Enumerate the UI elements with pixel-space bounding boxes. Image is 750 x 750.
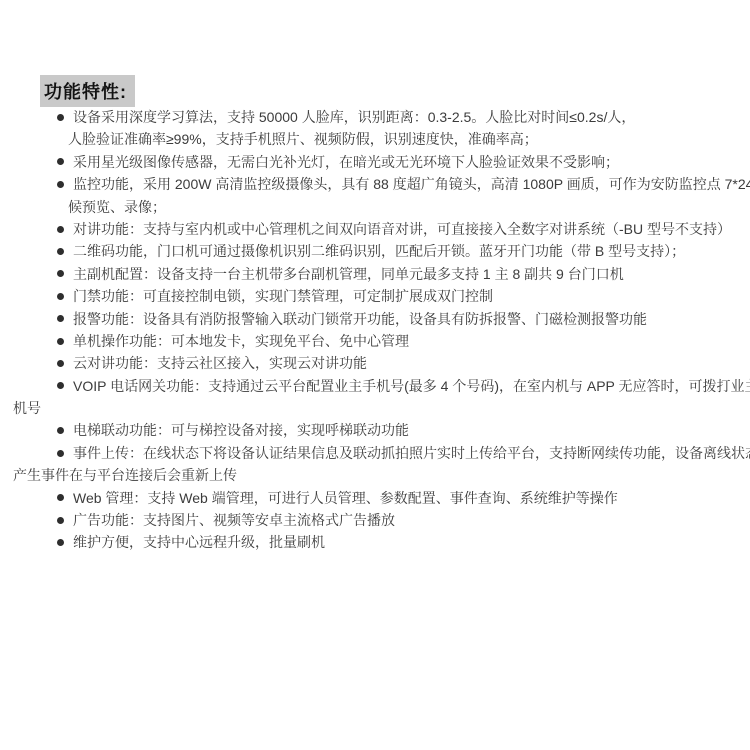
feature-text: 机号: [0, 397, 41, 419]
feature-line: 门禁功能：可直接控制电锁，实现门禁管理，可定制扩展成双门控制: [0, 285, 750, 307]
feature-line: Web 管理：支持 Web 端管理，可进行人员管理、参数配置、事件查询、系统维护…: [0, 487, 750, 509]
bullet-icon: [57, 517, 64, 524]
bullet-icon: [57, 293, 64, 300]
feature-line: 人脸验证准确率≥99%，支持手机照片、视频防假，识别速度快，准确率高；: [0, 128, 750, 150]
document-page: 功能特性: 设备采用深度学习算法，支持 50000 人脸库，识别距离：0.3-2…: [0, 0, 750, 750]
feature-line: 维护方便，支持中心远程升级，批量刷机: [0, 531, 750, 553]
feature-line: VOIP 电话网关功能：支持通过云平台配置业主手机号(最多 4 个号码)，在室内…: [0, 375, 750, 397]
feature-line: 云对讲功能：支持云社区接入，实现云对讲功能: [0, 352, 750, 374]
feature-list: 设备采用深度学习算法，支持 50000 人脸库，识别距离：0.3-2.5。人脸比…: [0, 106, 750, 554]
feature-text: VOIP 电话网关功能：支持通过云平台配置业主手机号(最多 4 个号码)，在室内…: [0, 375, 750, 397]
feature-line: 电梯联动功能：可与梯控设备对接，实现呼梯联动功能: [0, 419, 750, 441]
feature-line: 报警功能：设备具有消防报警输入联动门锁常开功能，设备具有防拆报警、门磁检测报警功…: [0, 308, 750, 330]
section-title: 功能特性:: [40, 75, 135, 107]
feature-line: 机号: [0, 397, 750, 419]
feature-text: 对讲功能：支持与室内机或中心管理机之间双向语音对讲，可直接接入全数字对讲系统（-…: [0, 218, 731, 240]
feature-text: 报警功能：设备具有消防报警输入联动门锁常开功能，设备具有防拆报警、门磁检测报警功…: [0, 308, 647, 330]
feature-line: 采用星光级图像传感器，无需白光补光灯，在暗光或无光环境下人脸验证效果不受影响；: [0, 151, 750, 173]
feature-text: 二维码功能，门口机可通过摄像机识别二维码识别，匹配后开锁。蓝牙开门功能（带 B …: [0, 240, 685, 262]
feature-text: 门禁功能：可直接控制电锁，实现门禁管理，可定制扩展成双门控制: [0, 285, 493, 307]
feature-line: 产生事件在与平台连接后会重新上传: [0, 464, 750, 486]
feature-line: 监控功能，采用 200W 高清监控级摄像头，具有 88 度超广角镜头，高清 10…: [0, 173, 750, 195]
feature-line: 候预览、录像；: [0, 196, 750, 218]
feature-line: 主副机配置：设备支持一台主机带多台副机管理，同单元最多支持 1 主 8 副共 9…: [0, 263, 750, 285]
bullet-icon: [57, 338, 64, 345]
bullet-icon: [57, 450, 64, 457]
bullet-icon: [57, 226, 64, 233]
feature-text: 事件上传：在线状态下将设备认证结果信息及联动抓拍照片实时上传给平台，支持断网续传…: [0, 442, 750, 464]
bullet-icon: [57, 181, 64, 188]
bullet-icon: [57, 248, 64, 255]
feature-line: 事件上传：在线状态下将设备认证结果信息及联动抓拍照片实时上传给平台，支持断网续传…: [0, 442, 750, 464]
feature-text: 采用星光级图像传感器，无需白光补光灯，在暗光或无光环境下人脸验证效果不受影响；: [0, 151, 619, 173]
feature-line: 二维码功能，门口机可通过摄像机识别二维码识别，匹配后开锁。蓝牙开门功能（带 B …: [0, 240, 750, 262]
feature-line: 广告功能：支持图片、视频等安卓主流格式广告播放: [0, 509, 750, 531]
feature-text: 产生事件在与平台连接后会重新上传: [0, 464, 237, 486]
bullet-icon: [57, 114, 64, 121]
feature-text: 候预览、录像；: [0, 196, 166, 218]
feature-text: 云对讲功能：支持云社区接入，实现云对讲功能: [0, 352, 367, 374]
feature-line: 单机操作功能：可本地发卡，实现免平台、免中心管理: [0, 330, 750, 352]
feature-line: 对讲功能：支持与室内机或中心管理机之间双向语音对讲，可直接接入全数字对讲系统（-…: [0, 218, 750, 240]
feature-text: 主副机配置：设备支持一台主机带多台副机管理，同单元最多支持 1 主 8 副共 9…: [0, 263, 624, 285]
feature-line: 设备采用深度学习算法，支持 50000 人脸库，识别距离：0.3-2.5。人脸比…: [0, 106, 750, 128]
feature-text: 维护方便，支持中心远程升级，批量刷机: [0, 531, 325, 553]
feature-text: 人脸验证准确率≥99%，支持手机照片、视频防假，识别速度快，准确率高；: [0, 128, 538, 150]
bullet-icon: [57, 360, 64, 367]
feature-text: Web 管理：支持 Web 端管理，可进行人员管理、参数配置、事件查询、系统维护…: [0, 487, 618, 509]
feature-text: 设备采用深度学习算法，支持 50000 人脸库，识别距离：0.3-2.5。人脸比…: [0, 106, 635, 128]
feature-text: 监控功能，采用 200W 高清监控级摄像头，具有 88 度超广角镜头，高清 10…: [0, 173, 750, 195]
